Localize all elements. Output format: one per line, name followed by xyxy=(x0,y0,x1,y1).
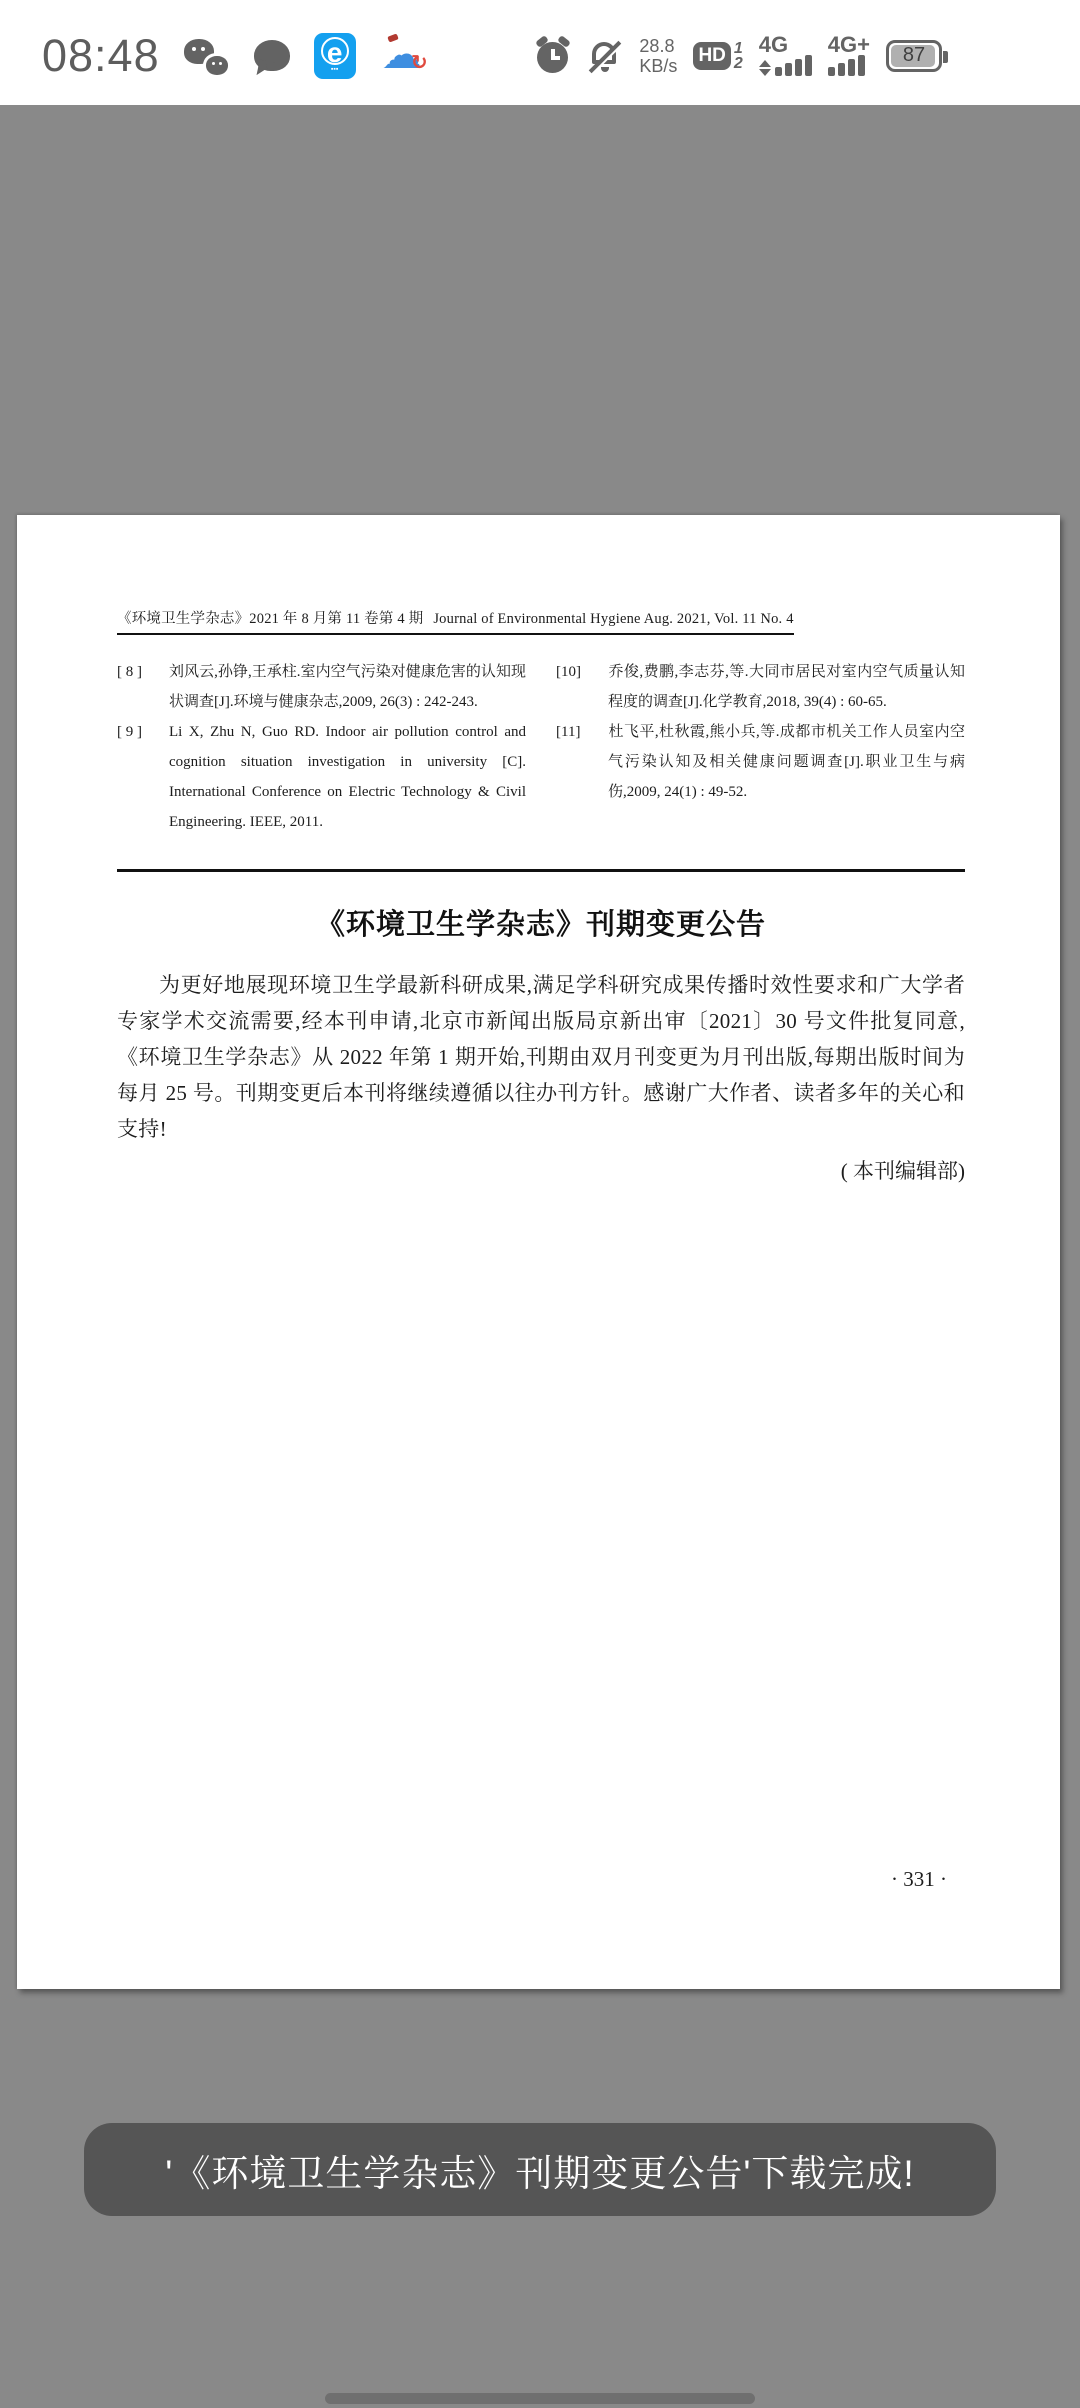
toast-message: '《环境卫生学杂志》刊期变更公告'下载完成! xyxy=(165,2143,914,2197)
reference-item: [10]乔俊,费鹏,李志芬,等.大同市居民对室内空气质量认知程度的调查[J].化… xyxy=(556,657,965,717)
status-bar-left: 08:48 e▪▪▪ ☁↻ xyxy=(42,30,428,82)
sim2-network-type: 4G+ xyxy=(828,35,870,55)
alarm-clock-icon xyxy=(535,38,571,74)
home-indicator[interactable] xyxy=(325,2393,755,2404)
clock-time: 08:48 xyxy=(42,30,160,82)
references-section: [ 8 ]刘风云,孙铮,王承柱.室内空气污染对健康危害的认知现状调查[J].环境… xyxy=(117,657,965,837)
reference-label: [11] xyxy=(556,717,600,747)
reference-item: [ 8 ]刘风云,孙铮,王承柱.室内空气污染对健康危害的认知现状调查[J].环境… xyxy=(117,657,526,717)
reference-text: Li X, Zhu N, Guo RD. Indoor air pollutio… xyxy=(169,724,526,830)
phone-screen: 08:48 e▪▪▪ ☁↻ 28.8 KB/s HD 1 2 4G xyxy=(0,0,1080,2408)
notice-title: 《环境卫生学杂志》刊期变更公告 xyxy=(117,902,965,943)
status-bar-right: 28.8 KB/s HD 1 2 4G 4G+ xyxy=(535,35,942,76)
reference-item: [11]杜飞平,杜秋霞,熊小兵,等.成都市机关工作人员室内空气污染认知及相关健康… xyxy=(556,717,965,807)
message-bubble-icon xyxy=(254,40,290,71)
reference-label: [10] xyxy=(556,657,600,687)
hd-sim1-label: 1 xyxy=(734,41,743,56)
muted-bell-icon xyxy=(587,38,623,74)
references-right-column: [10]乔俊,费鹏,李志芬,等.大同市居民对室内空气质量认知程度的调查[J].化… xyxy=(556,657,965,837)
battery-indicator: 87 xyxy=(886,40,942,72)
hd-icon: HD xyxy=(693,42,730,70)
sim2-signal-bars-icon xyxy=(828,55,865,76)
network-speed-value: 28.8 xyxy=(639,36,677,56)
reference-label: [ 8 ] xyxy=(117,657,161,687)
reference-text: 杜飞平,杜秋霞,熊小兵,等.成都市机关工作人员室内空气污染认知及相关健康问题调查… xyxy=(608,724,965,800)
sim1-network-type: 4G xyxy=(759,35,788,55)
reference-item: [ 9 ]Li X, Zhu N, Guo RD. Indoor air pol… xyxy=(117,717,526,837)
status-bar: 08:48 e▪▪▪ ☁↻ 28.8 KB/s HD 1 2 4G xyxy=(0,0,1080,105)
download-complete-toast: '《环境卫生学杂志》刊期变更公告'下载完成! xyxy=(84,2123,996,2216)
reference-text: 乔俊,费鹏,李志芬,等.大同市居民对室内空气质量认知程度的调查[J].化学教育,… xyxy=(608,664,965,710)
hd-sim2-label: 2 xyxy=(734,56,743,71)
wechat-icon xyxy=(184,37,230,75)
volte-hd-indicator: HD 1 2 xyxy=(693,41,742,71)
pdf-page: 《环境卫生学杂志》2021 年 8 月第 11 卷第 4 期Journal of… xyxy=(17,515,1060,1989)
e-app-icon: e▪▪▪ xyxy=(314,33,356,79)
data-activity-arrows-icon xyxy=(759,60,771,76)
pdf-viewer[interactable]: 《环境卫生学杂志》2021 年 8 月第 11 卷第 4 期Journal of… xyxy=(0,105,1080,2408)
reference-label: [ 9 ] xyxy=(117,717,161,747)
notice-body: 为更好地展现环境卫生学最新科研成果,满足学科研究成果传播时效性要求和广大学者专家… xyxy=(117,967,965,1147)
running-head-cn: 《环境卫生学杂志》2021 年 8 月第 11 卷第 4 期 xyxy=(117,611,423,627)
running-head: 《环境卫生学杂志》2021 年 8 月第 11 卷第 4 期Journal of… xyxy=(117,607,794,635)
notice-signature: ( 本刊编辑部) xyxy=(117,1155,965,1185)
section-divider xyxy=(117,869,965,872)
network-speed-unit: KB/s xyxy=(639,56,677,76)
page-number: · 331 · xyxy=(891,1867,947,1892)
sim1-signal-bars-icon xyxy=(775,55,812,76)
references-left-column: [ 8 ]刘风云,孙铮,王承柱.室内空气污染对健康危害的认知现状调查[J].环境… xyxy=(117,657,526,837)
reference-text: 刘风云,孙铮,王承柱.室内空气污染对健康危害的认知现状调查[J].环境与健康杂志… xyxy=(169,664,526,710)
hd-sim-numbers: 1 2 xyxy=(734,41,743,71)
cloud-sync-icon: ☁↻ xyxy=(380,35,428,77)
network-speed: 28.8 KB/s xyxy=(639,36,677,76)
running-head-en: Journal of Environmental Hygiene Aug. 20… xyxy=(433,611,793,627)
sim1-signal: 4G xyxy=(759,35,812,76)
sim2-signal: 4G+ xyxy=(828,35,870,76)
battery-percent: 87 xyxy=(889,43,939,69)
